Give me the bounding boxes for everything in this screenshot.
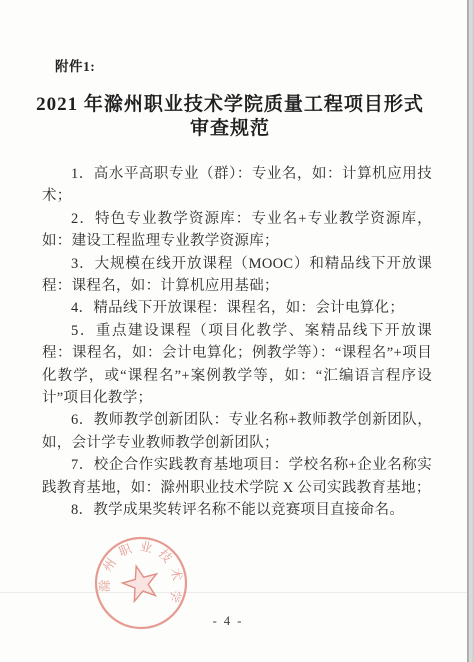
list-item: 8．教学成果奖转评名称不能以竞赛项目直接命名。 [42, 499, 432, 521]
list-item: 5．重点建设课程（项目化教学、案精品线下开放课程：课程名，如：会计电算化；例教学… [42, 320, 432, 410]
attachment-label: 附件1: [55, 55, 95, 75]
title-line-2: 审查规范 [30, 117, 430, 141]
seal-star-icon [119, 562, 162, 603]
list-item: 4．精品线下开放课程：课程名，如：会计电算化； [42, 297, 432, 319]
document-page: 附件1: 2021 年滁州职业技术学院质量工程项目形式 审查规范 1．高水平高职… [0, 0, 474, 662]
document-title: 2021 年滁州职业技术学院质量工程项目形式 审查规范 [30, 93, 430, 141]
list-item: 6．教师教学创新团队：专业名称+教师教学创新团队，如，会计学专业教师教学创新团队… [42, 409, 432, 454]
title-line-1: 2021 年滁州职业技术学院质量工程项目形式 [30, 93, 430, 117]
list-item: 1．高水平高职专业（群）：专业名，如：计算机应用技术； [42, 163, 432, 208]
scan-artifact-line [0, 592, 474, 593]
list-item: 2．特色专业教学资源库：专业名+专业教学资源库，如：建设工程监理专业教学资源库； [42, 208, 432, 253]
list-item: 7．校企合作实践教育基地项目：学校名称+企业名称实践教育基地，如：滁州职业技术学… [42, 454, 432, 499]
scan-edge-shadow [467, 0, 474, 662]
page-number: - 4 - [193, 614, 263, 629]
list-item: 3．大规模在线开放课程（MOOC）和精品线下开放课程：课程名，如：计算机应用基础… [42, 253, 432, 298]
review-rules-list: 1．高水平高职专业（群）：专业名，如：计算机应用技术； 2．特色专业教学资源库：… [42, 163, 432, 522]
official-seal-stamp-icon: 滁州职业技术学院 [93, 535, 189, 631]
